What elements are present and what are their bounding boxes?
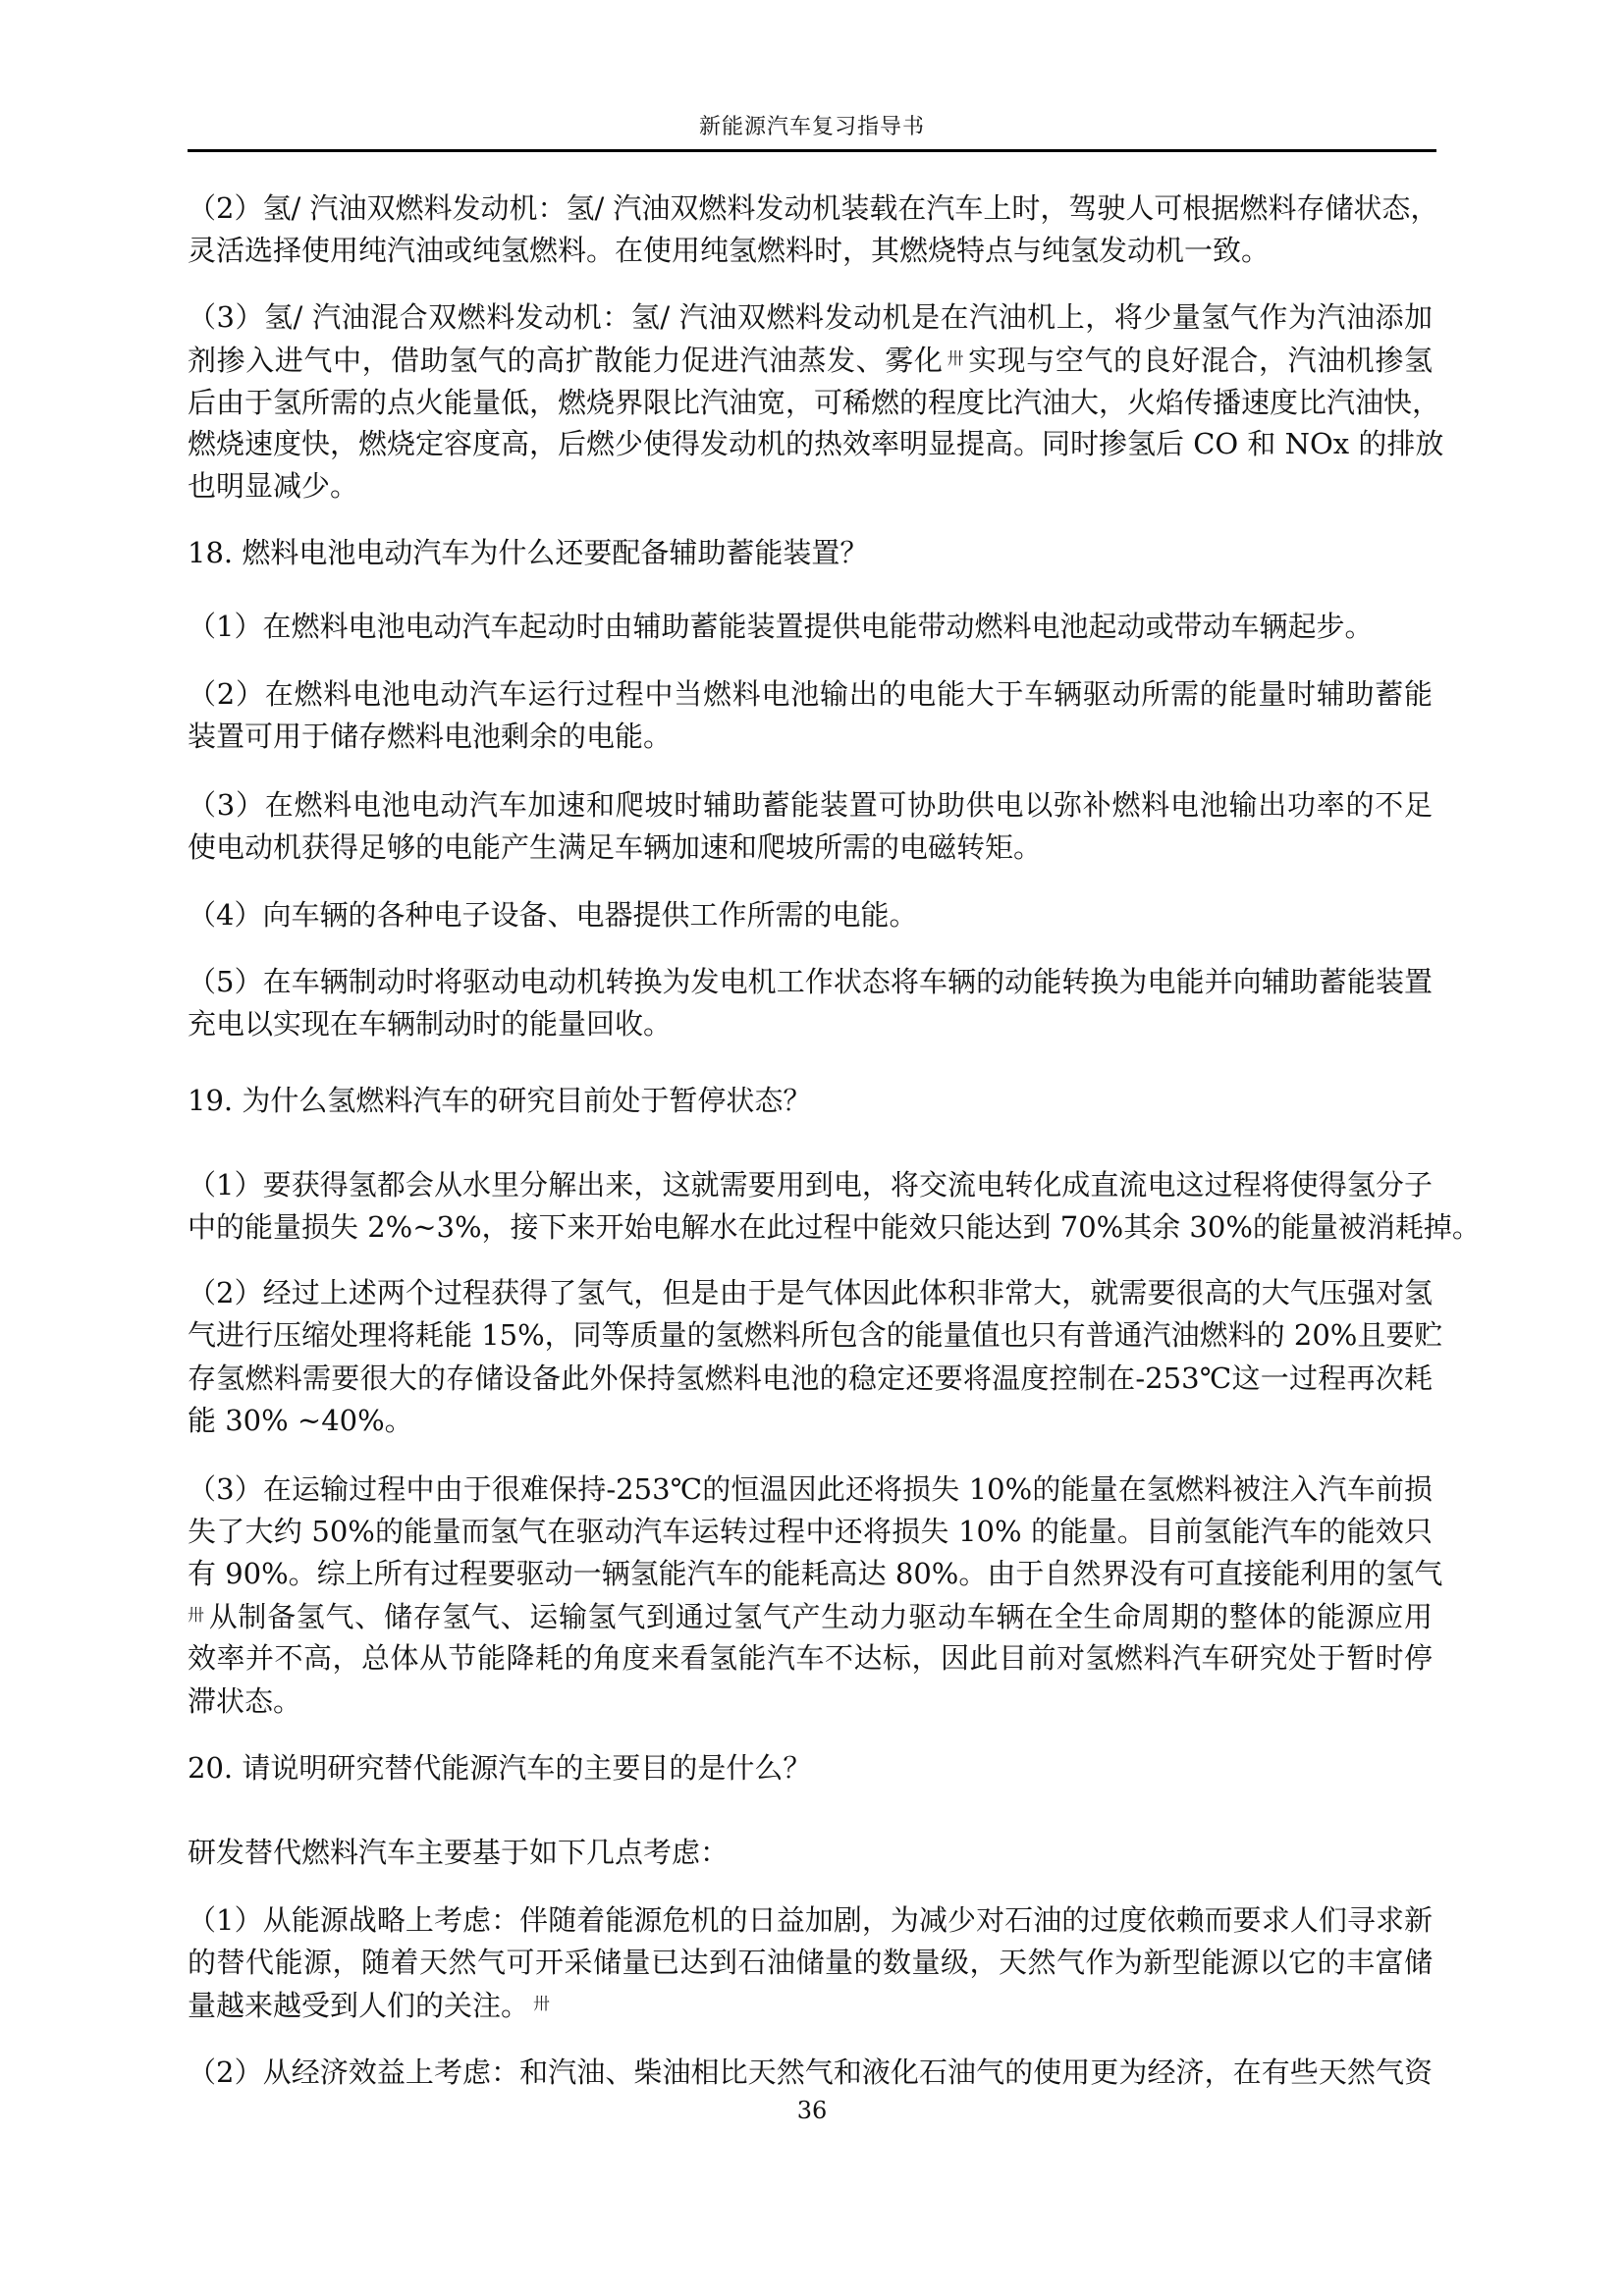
answer-line: （1）要获得氢都会从水里分解出来，这就需要用到电，将交流电转化成直流电这过程将使…	[188, 1168, 1433, 1201]
intro-line: 研发替代燃料汽车主要基于如下几点考虑：	[188, 1836, 729, 1869]
encoding-artifact-glyph: 卅	[533, 1995, 550, 2014]
paragraph-line: （2）氢/ 汽油双燃料发动机：氢/ 汽油双燃料发动机装载在汽车上时，驾驶人可根据…	[188, 191, 1433, 225]
answer-line: 效率并不高，总体从节能降耗的角度来看氢能汽车不达标，因此目前对氢燃料汽车研究处于…	[188, 1641, 1433, 1675]
line-segment: 剂掺入进气中，借助氢气的高扩散能力促进汽油蒸发、雾化	[188, 344, 943, 377]
paragraph-line: 燃烧速度快，燃烧定容度高，后燃少使得发动机的热效率明显提高。同时掺氢后 CO 和…	[188, 427, 1433, 460]
paragraph-line: 后由于氢所需的点火能量低，燃烧界限比汽油宽，可稀燃的程度比汽油大，火焰传播速度比…	[188, 386, 1433, 419]
line-segment: 从制备氢气、储存氢气、运输氢气到通过氢气产生动力驱动车辆在全生命周期的整体的能源…	[209, 1600, 1433, 1633]
encoding-artifact-glyph: 卅	[188, 1606, 205, 1626]
answer-line: 的替代能源，随着天然气可开采储量已达到石油储量的数量级，天然气作为新型能源以它的…	[188, 1946, 1433, 1979]
answer-line: 装置可用于储存燃料电池剩余的电能。	[188, 720, 672, 753]
paragraph-line: （3）氢/ 汽油混合双燃料发动机：氢/ 汽油双燃料发动机是在汽油机上，将少量氢气…	[188, 300, 1433, 334]
running-header-title: 新能源汽车复习指导书	[0, 114, 1624, 141]
header-rule-divider	[188, 149, 1436, 152]
line-segment: 量越来越受到人们的关注。	[188, 1989, 529, 2022]
question-heading-18: 18. 燃料电池电动汽车为什么还要配备辅助蓄能装置？	[188, 536, 868, 569]
answer-line: 中的能量损失 2%~3%，接下来开始电解水在此过程中能效只能达到 70%其余 3…	[188, 1210, 1481, 1244]
document-page: 新能源汽车复习指导书 （2）氢/ 汽油双燃料发动机：氢/ 汽油双燃料发动机装载在…	[0, 0, 1624, 2296]
answer-line: 气进行压缩处理将耗能 15%，同等质量的氢燃料所包含的能量值也只有普通汽油燃料的…	[188, 1318, 1433, 1352]
paragraph-line: 也明显减少。	[188, 469, 358, 503]
answer-line: （2）经过上述两个过程获得了氢气，但是由于是气体因此体积非常大，就需要很高的大气…	[188, 1276, 1433, 1309]
answer-line: 存氢燃料需要很大的存储设备此外保持氢燃料电池的稳定还要将温度控制在-253℃这一…	[188, 1362, 1433, 1395]
question-heading-19: 19. 为什么氢燃料汽车的研究目前处于暂停状态？	[188, 1084, 811, 1117]
encoding-artifact-glyph: 卅	[947, 349, 964, 369]
answer-line: 能 30% ~40%。	[188, 1404, 413, 1437]
question-heading-20: 20. 请说明研究替代能源汽车的主要目的是什么？	[188, 1751, 811, 1785]
line-segment: 实现与空气的良好混合，汽油机掺氢	[968, 344, 1433, 377]
answer-line: 使电动机获得足够的电能产生满足车辆加速和爬坡所需的电磁转矩。	[188, 830, 1042, 864]
answer-line-with-artifact: 卅从制备氢气、储存氢气、运输氢气到通过氢气产生动力驱动车辆在全生命周期的整体的能…	[188, 1599, 1433, 1632]
paragraph-line-with-artifact: 剂掺入进气中，借助氢气的高扩散能力促进汽油蒸发、雾化卅实现与空气的良好混合，汽油…	[188, 343, 1433, 376]
answer-line: （1）在燃料电池电动汽车起动时由辅助蓄能装置提供电能带动燃料电池起动或带动车辆起…	[188, 610, 1373, 643]
answer-line: （5）在车辆制动时将驱动电动机转换为发电机工作状态将车辆的动能转换为电能并向辅助…	[188, 965, 1433, 998]
answer-line: （1）从能源战略上考虑：伴随着能源危机的日益加剧，为减少对石油的过度依赖而要求人…	[188, 1903, 1433, 1937]
answer-line: 充电以实现在车辆制动时的能量回收。	[188, 1007, 672, 1041]
answer-line: （3）在燃料电池电动汽车加速和爬坡时辅助蓄能装置可协助供电以弥补燃料电池输出功率…	[188, 788, 1433, 822]
answer-line: （3）在运输过程中由于很难保持-253℃的恒温因此还将损失 10%的能量在氢燃料…	[188, 1472, 1433, 1506]
answer-line: （4）向车辆的各种电子设备、电器提供工作所需的电能。	[188, 898, 917, 932]
paragraph-line: 灵活选择使用纯汽油或纯氢燃料。在使用纯氢燃料时，其燃烧特点与纯氢发动机一致。	[188, 234, 1270, 267]
answer-line: 有 90%。综上所有过程要驱动一辆氢能汽车的能耗高达 80%。由于自然界没有可直…	[188, 1557, 1433, 1590]
answer-line: （2）从经济效益上考虑：和汽油、柴油相比天然气和液化石油气的使用更为经济，在有些…	[188, 2056, 1433, 2089]
page-number: 36	[0, 2097, 1624, 2124]
answer-line-with-artifact: 量越来越受到人们的关注。卅	[188, 1988, 554, 2021]
answer-line: 失了大约 50%的能量而氢气在驱动汽车运转过程中还将损失 10% 的能量。目前氢…	[188, 1515, 1433, 1548]
answer-line: 滞状态。	[188, 1684, 301, 1718]
answer-line: （2）在燃料电池电动汽车运行过程中当燃料电池输出的电能大于车辆驱动所需的能量时辅…	[188, 677, 1433, 711]
